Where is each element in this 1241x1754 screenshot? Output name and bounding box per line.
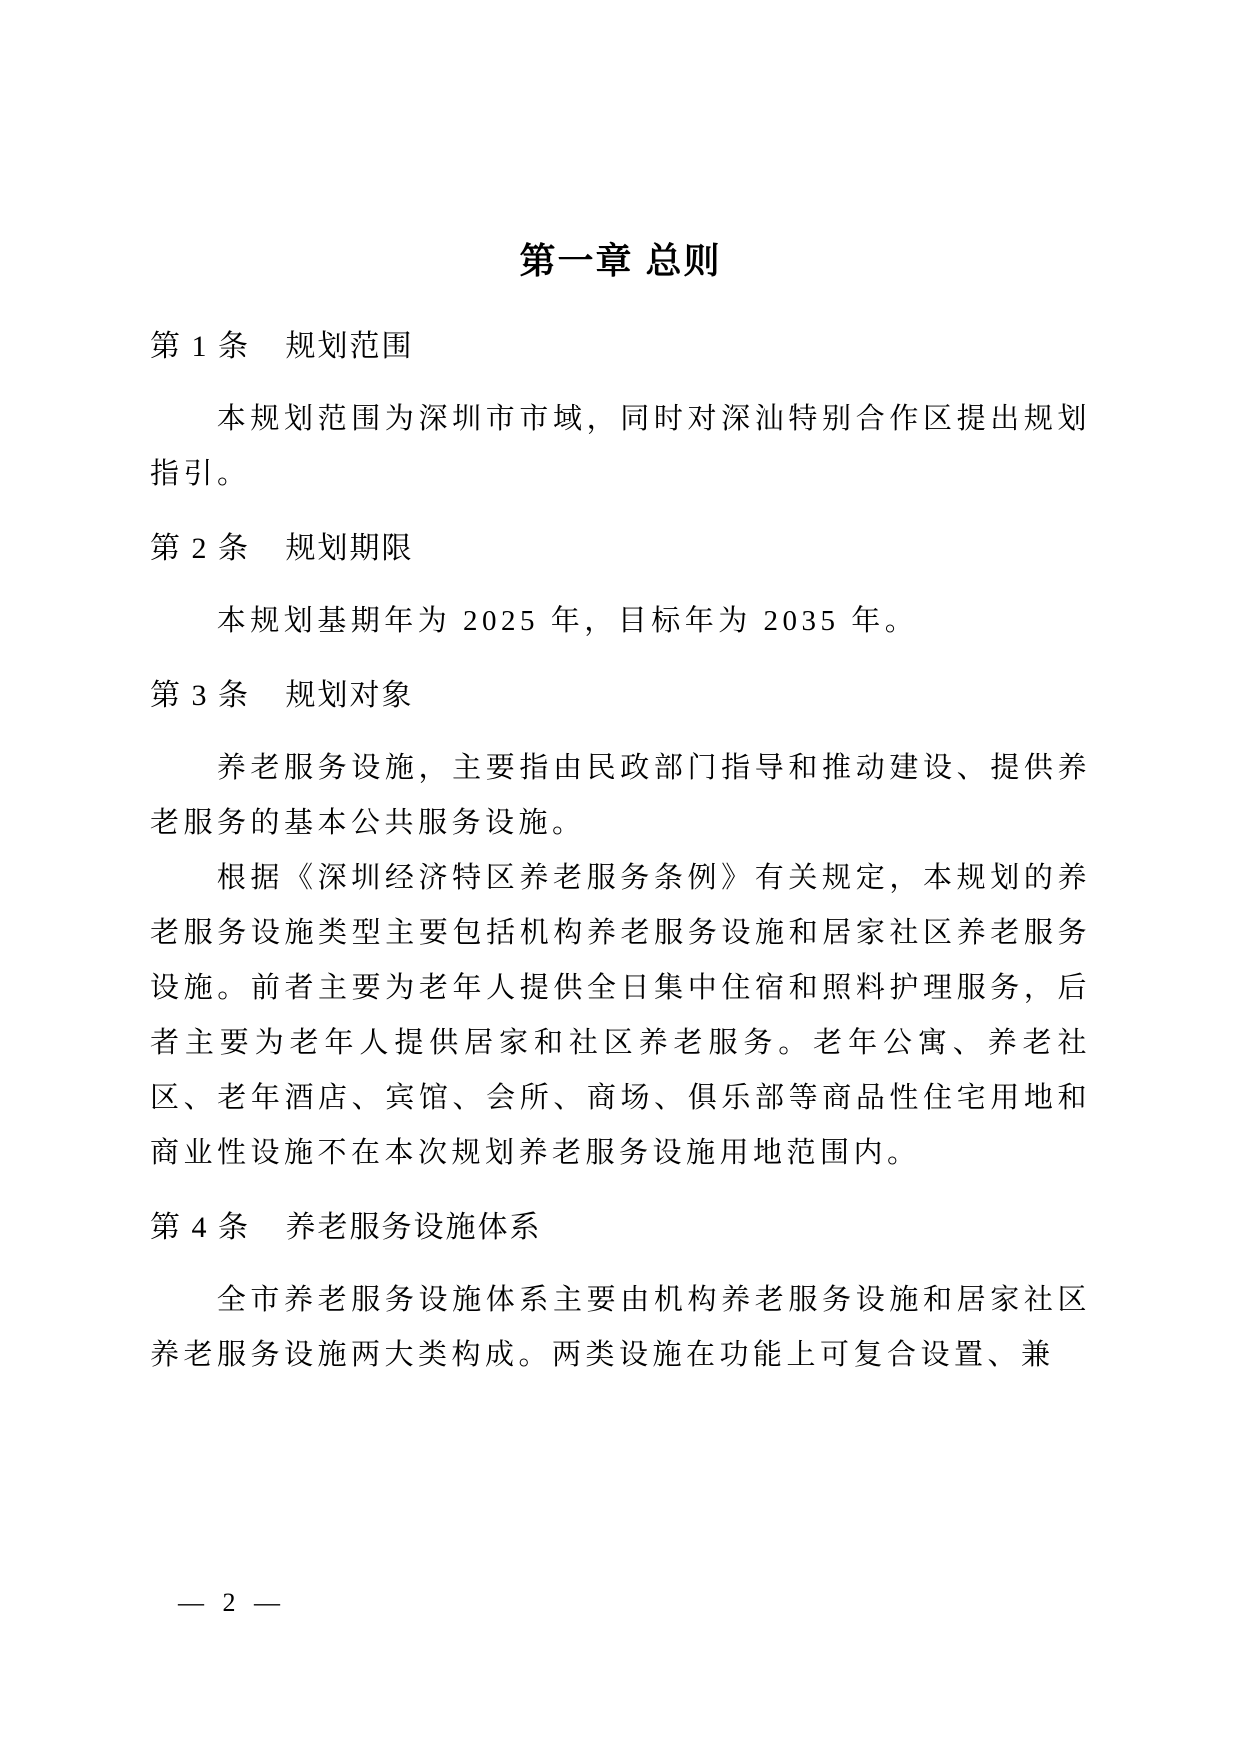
article-3-heading: 第 3 条 规划对象 [150, 675, 1091, 717]
article-2-number: 第 2 条 [150, 532, 250, 565]
article-2-heading: 第 2 条 规划期限 [150, 528, 1091, 570]
article-2-paragraph: 本规划基期年为 2025 年，目标年为 2035 年。 [150, 594, 1091, 649]
article-1-title: 规划范围 [286, 330, 414, 363]
article-3-title: 规划对象 [286, 679, 414, 712]
article-4: 第 4 条 养老服务设施体系 全市养老服务设施体系主要由机构养老服务设施和居家社… [150, 1207, 1091, 1383]
article-1: 第 1 条 规划范围 本规划范围为深圳市市域，同时对深汕特别合作区提出规划指引。 [150, 326, 1091, 502]
article-1-heading: 第 1 条 规划范围 [150, 326, 1091, 368]
article-4-paragraph: 全市养老服务设施体系主要由机构养老服务设施和居家社区养老服务设施两大类构成。两类… [150, 1273, 1091, 1383]
article-3-number: 第 3 条 [150, 679, 250, 712]
article-1-paragraph: 本规划范围为深圳市市域，同时对深汕特别合作区提出规划指引。 [150, 392, 1091, 502]
article-4-heading: 第 4 条 养老服务设施体系 [150, 1207, 1091, 1249]
article-2-title: 规划期限 [286, 532, 414, 565]
article-3-paragraph-1: 养老服务设施，主要指由民政部门指导和推动建设、提供养老服务的基本公共服务设施。 [150, 741, 1091, 851]
article-3: 第 3 条 规划对象 养老服务设施，主要指由民政部门指导和推动建设、提供养老服务… [150, 675, 1091, 1181]
article-2: 第 2 条 规划期限 本规划基期年为 2025 年，目标年为 2035 年。 [150, 528, 1091, 649]
article-1-number: 第 1 条 [150, 330, 250, 363]
article-3-paragraph-2: 根据《深圳经济特区养老服务条例》有关规定，本规划的养老服务设施类型主要包括机构养… [150, 851, 1091, 1181]
page-number: — 2 — [178, 1588, 286, 1618]
article-4-number: 第 4 条 [150, 1211, 250, 1244]
article-4-title: 养老服务设施体系 [286, 1211, 542, 1244]
document-content: 第一章 总则 第 1 条 规划范围 本规划范围为深圳市市域，同时对深汕特别合作区… [150, 0, 1091, 1393]
document-page: 第一章 总则 第 1 条 规划范围 本规划范围为深圳市市域，同时对深汕特别合作区… [0, 0, 1241, 1754]
chapter-title: 第一章 总则 [150, 238, 1091, 284]
